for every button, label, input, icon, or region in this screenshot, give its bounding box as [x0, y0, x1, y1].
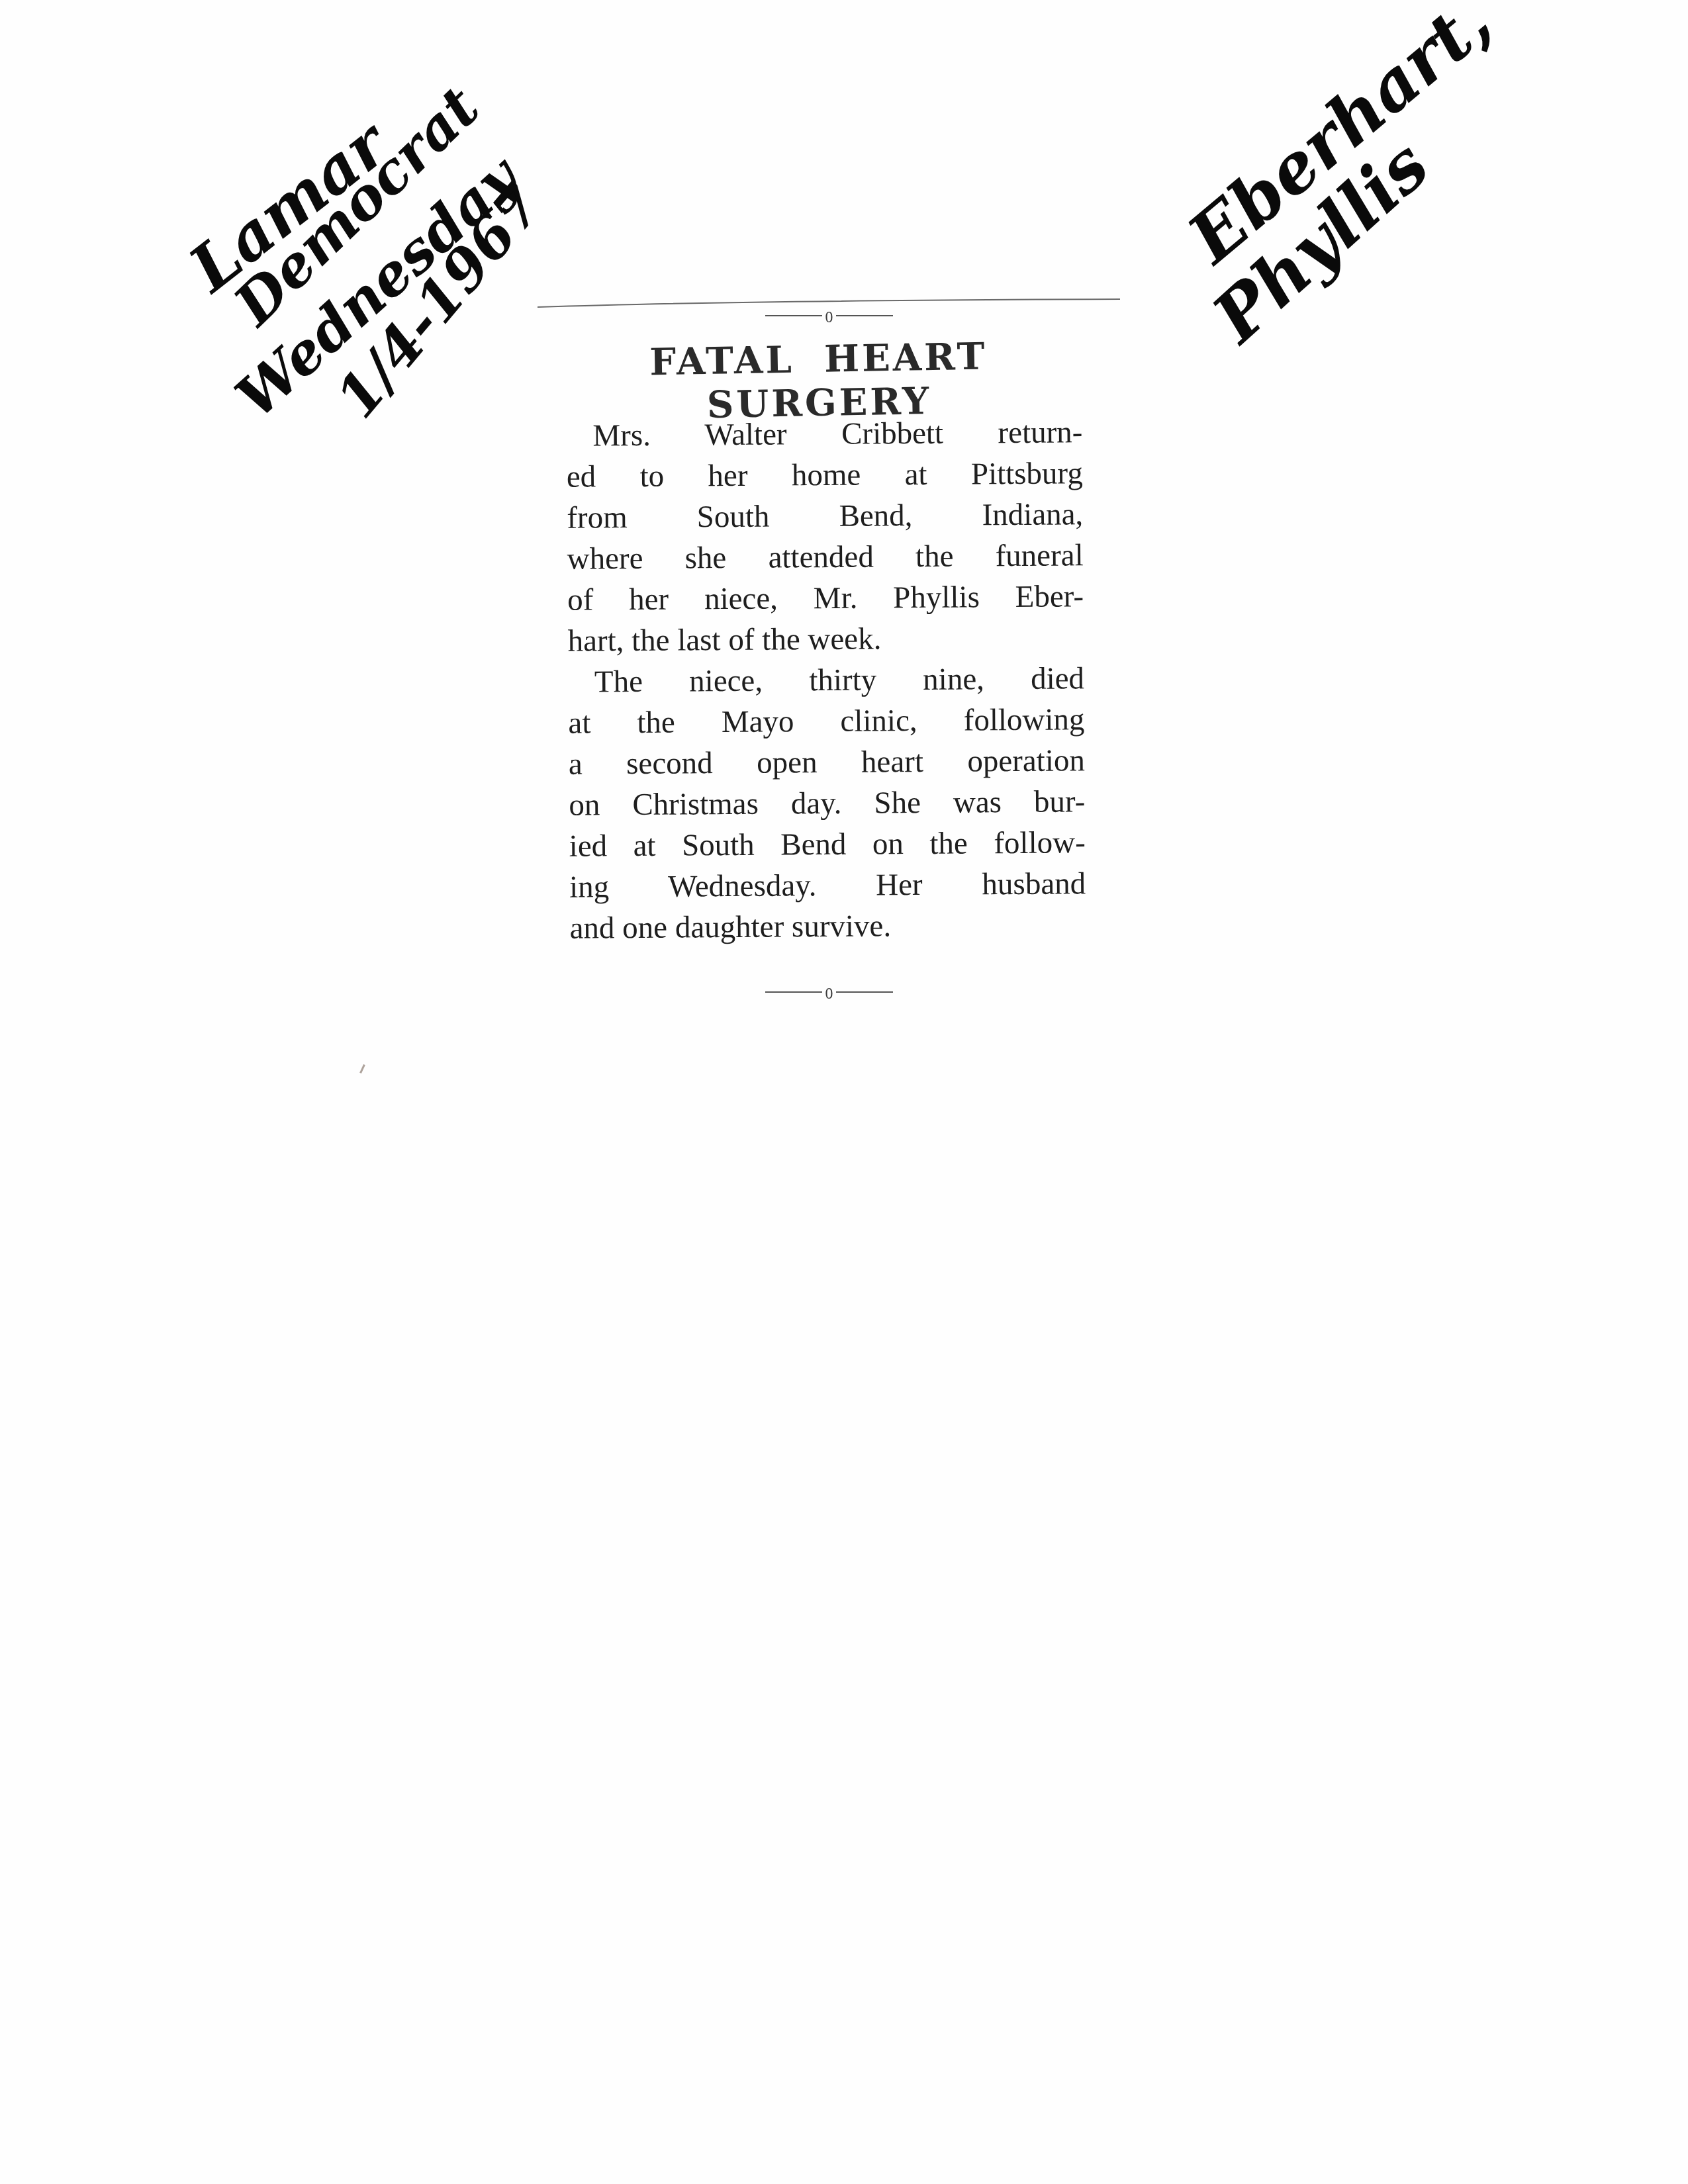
article-line: hart, the last of the week.	[567, 617, 1084, 661]
article-line: of her niece, Mr. Phyllis Eber-	[567, 576, 1084, 620]
article-line: a second open heart operation	[569, 740, 1085, 784]
article-paragraph-1: Mrs. Walter Cribbett return- ed to her h…	[566, 412, 1084, 661]
article-line: ed to her home at Pittsburg	[567, 453, 1083, 497]
article-line: Mrs. Walter Cribbett return-	[566, 412, 1082, 456]
article-paragraph-2: The niece, thirty nine, died at the Mayo…	[568, 658, 1086, 948]
article-line: ing Wednesday. Her husband	[569, 863, 1086, 907]
article-line: and one daughter survive.	[569, 904, 1086, 948]
article-line: The niece, thirty nine, died	[568, 658, 1084, 702]
article-line: from South Bend, Indiana,	[567, 494, 1083, 538]
article-line: ied at South Bend on the follow-	[569, 822, 1086, 866]
ornament-divider-bottom: o	[538, 979, 1120, 1003]
ornament-divider-top: o	[538, 303, 1120, 327]
article-line: on Christmas day. She was bur-	[569, 781, 1085, 825]
article-line: at the Mayo clinic, following	[568, 699, 1084, 743]
stray-pen-mark	[359, 1064, 365, 1073]
article-body: Mrs. Walter Cribbett return- ed to her h…	[566, 412, 1086, 948]
article-line: where she attended the funeral	[567, 535, 1083, 579]
newspaper-clipping: o FATAL HEART SURGERY Mrs. Walter Cribbe…	[538, 298, 1120, 1013]
